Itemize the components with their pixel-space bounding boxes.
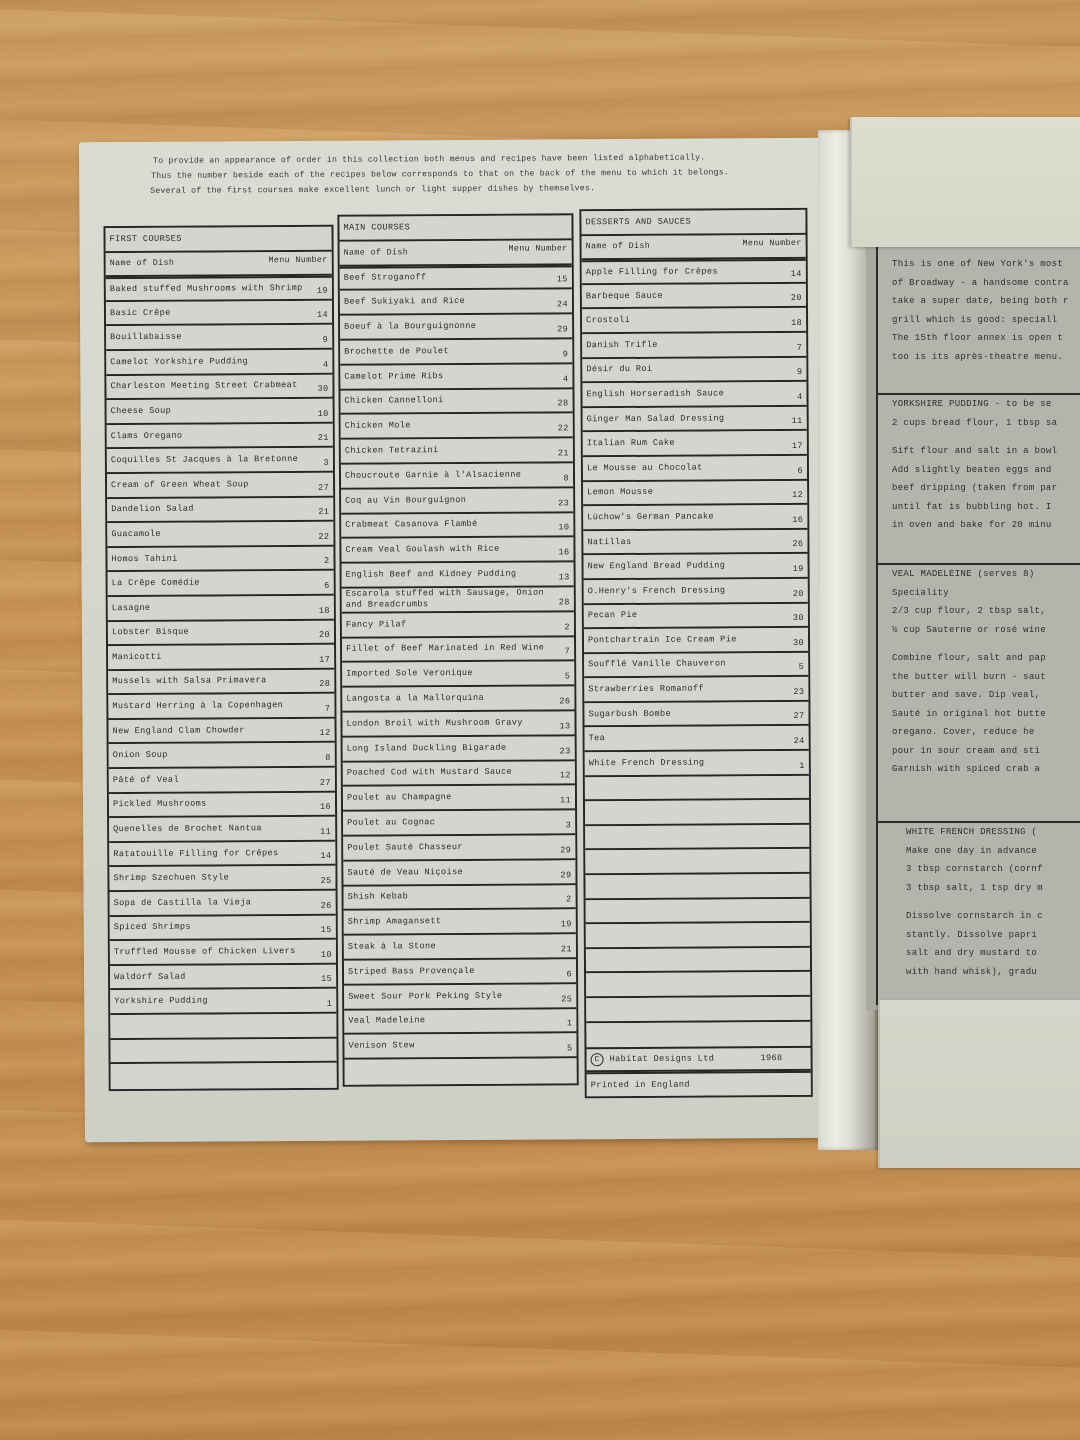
empty-row (586, 997, 810, 1023)
dish-name: Homos Tahini (111, 552, 307, 564)
recipe-line: 3 tbsp cornstarch (cornf (906, 860, 1080, 879)
dish-name: Choucroute Garnie à l'Alsacienne (345, 469, 547, 481)
dish-name (114, 1025, 310, 1026)
empty-row (585, 776, 809, 802)
dish-name: Mustard Herring à la Copenhagen (112, 700, 308, 712)
printed-row: Printed in England (587, 1071, 811, 1097)
dish-name: Natillas (587, 536, 781, 548)
dish-name: Crostoli (586, 314, 780, 326)
menu-number: 26 (548, 696, 570, 709)
dish-row: New England Clam Chowder12 (108, 719, 334, 745)
menu-number: 11 (549, 795, 571, 808)
menu-number: 19 (782, 564, 804, 577)
recipe-line: Combine flour, salt and pap (892, 649, 1080, 668)
menu-number (784, 943, 806, 946)
dish-name: Barbeque Sauce (586, 290, 780, 302)
dish-name: Yorkshire Pudding (114, 995, 310, 1007)
dish-row: Chicken Cannelloni28 (340, 389, 572, 415)
dish-row: Cream of Green Wheat Soup27 (107, 473, 333, 499)
dish-row: Boeuf à la Bourguignonne29 (340, 315, 572, 341)
dish-name: Tea (589, 732, 783, 744)
recipe-line: Add slightly beaten eggs and (892, 461, 1080, 480)
menu-number: 7 (548, 647, 570, 660)
menu-number: 20 (782, 588, 804, 601)
column-title: DESSERTS AND SAUCES (581, 210, 805, 236)
dish-name: Truffled Mousse of Chicken Livers (114, 946, 310, 958)
dish-name: Mussels with Salsa Primavera (112, 675, 308, 687)
menu-number: 26 (781, 539, 803, 552)
dish-name: Désir du Roi (586, 363, 780, 375)
dish-name (589, 812, 783, 813)
dish-row: Guacamole22 (107, 522, 333, 548)
dish-row: Onion Soup8 (109, 743, 335, 769)
dish-row: Crabmeat Casanova Flambé10 (341, 513, 573, 539)
menu-number: 21 (307, 433, 329, 446)
menu-number: 25 (309, 876, 331, 889)
dish-row: Spiced Shrimps15 (110, 915, 336, 941)
recipe-line: in oven and bake for 20 minu (892, 516, 1080, 535)
dish-row: Lobster Bisque20 (108, 620, 334, 646)
dish-name: New England Bread Pudding (588, 560, 782, 572)
menu-number: 24 (546, 300, 568, 313)
menu-number: 9 (306, 335, 328, 348)
menu-number: 29 (549, 845, 571, 858)
dish-name: Pecan Pie (588, 609, 782, 621)
menu-number: 27 (782, 711, 804, 724)
dish-row: O.Henry's French Dressing20 (584, 579, 808, 605)
menu-number: 18 (780, 318, 802, 331)
menu-number: 30 (782, 638, 804, 651)
menu-number: 23 (549, 746, 571, 759)
menu-number (784, 918, 806, 921)
dish-row: Langosta a la Mallorquina26 (342, 686, 574, 712)
dish-row: Sauté de Veau Niçoise29 (343, 860, 575, 886)
dish-row: Cheese Soup10 (107, 399, 333, 425)
empty-row (586, 899, 810, 925)
menu-number: 2 (548, 622, 570, 635)
dish-name: Onion Soup (113, 749, 309, 761)
dish-row: Chicken Tetrazini21 (341, 438, 573, 464)
recipe-line: Make one day in advance (906, 842, 1080, 861)
dish-name: Apple Filling for Crêpes (586, 266, 780, 278)
menu-number: 15 (310, 925, 332, 938)
dish-row: Shrimp Szechuen Style25 (109, 866, 335, 892)
dish-name: La Crêpe Comédie (112, 577, 308, 589)
dish-name: Long Island Duckling Bigarade (347, 742, 549, 754)
recipe-line (906, 897, 1080, 907)
dish-name: Baked stuffed Mushrooms with Shrimp (110, 283, 306, 295)
dish-name: Poulet Sauté Chasseur (347, 841, 549, 853)
dish-row: Homos Tahini2 (107, 547, 333, 573)
dish-row: Beef Sukiyaki and Rice24 (340, 290, 572, 316)
menu-number: 3 (307, 458, 329, 471)
dish-name: Camelot Yorkshire Pudding (110, 356, 306, 368)
menu-number: 6 (550, 969, 572, 982)
dish-name: Sopa de Castilla la Vieja (114, 897, 310, 909)
menu-number: 16 (547, 547, 569, 560)
dish-name: Sauté de Veau Niçoise (347, 866, 549, 878)
dish-name: Lemon Mousse (587, 486, 781, 498)
recipe-line: the butter will burn - saut (892, 668, 1080, 687)
dish-row: Baked stuffed Mushrooms with Shrimp19 (106, 276, 332, 302)
dish-row: Camelot Prime Ribs4 (340, 364, 572, 390)
dish-row: Imported Sole Veronique5 (342, 662, 574, 688)
dish-name: Clams Oregano (111, 429, 307, 441)
menu-number (784, 1043, 806, 1046)
dish-name: Pâté of Veal (113, 774, 309, 786)
dish-row: Crostoli18 (582, 308, 806, 334)
menu-number: 6 (308, 581, 330, 594)
dish-row: Shish Kebab2 (344, 885, 576, 911)
menu-number: 24 (783, 736, 805, 749)
dish-name: Chicken Mole (345, 420, 547, 432)
dish-name: Quenelles de Brochet Nantua (113, 823, 309, 835)
dish-name (590, 984, 784, 985)
menu-number: 10 (310, 950, 332, 963)
empty-row (111, 1063, 337, 1089)
dish-name: Shrimp Amagansett (348, 916, 550, 928)
dish-row: Clams Oregano21 (107, 424, 333, 450)
dish-row: Dandelion Salad21 (107, 497, 333, 523)
dish-name (590, 1008, 784, 1009)
dish-row: Le Mousse au Chocolat6 (583, 456, 807, 482)
menu-number: 12 (549, 771, 571, 784)
column-header: Name of DishMenu Number (340, 240, 572, 266)
dish-name: Dandelion Salad (111, 503, 307, 515)
menu-number: 8 (309, 753, 331, 766)
column-header: Name of DishMenu Number (106, 251, 332, 277)
recipe-line: WHITE FRENCH DRESSING ( (906, 823, 1080, 842)
menu-number: 13 (548, 572, 570, 585)
menu-number: 11 (781, 416, 803, 429)
menu-number: 2 (550, 895, 572, 908)
dish-row: Shrimp Amagansett19 (344, 910, 576, 936)
dish-row: Mustard Herring à la Copenhagen7 (108, 694, 334, 720)
menu-number: 14 (306, 310, 328, 323)
menu-number: 23 (782, 687, 804, 700)
dish-name: Chicken Cannelloni (345, 395, 547, 407)
menu-number: 16 (781, 515, 803, 528)
dish-row: Danish Trifle7 (582, 333, 806, 359)
menu-number: 27 (309, 777, 331, 790)
menu-number: 10 (547, 523, 569, 536)
folder-sleeve-top (850, 117, 1080, 247)
dish-row: Veal Madeleine1 (344, 1009, 576, 1035)
menu-number: 8 (547, 473, 569, 486)
dish-row: Soufflé Vanille Chauveron5 (584, 653, 808, 679)
recipe-line: butter and save. Dip veal, (892, 686, 1080, 705)
dish-name: Venison Stew (348, 1040, 550, 1052)
dish-row: Poulet au Cognac3 (343, 810, 575, 836)
dish-name: Shish Kebab (348, 891, 550, 903)
dish-name (115, 1075, 311, 1076)
dish-name: Italian Rum Cake (587, 437, 781, 449)
dish-name: Basic Crêpe (110, 307, 306, 319)
menu-number: 7 (308, 704, 330, 717)
menu-number: 28 (308, 679, 330, 692)
copyright-icon: C (591, 1053, 604, 1066)
menu-number: 4 (780, 392, 802, 405)
recipe-yorkshire-pudding: YORKSHIRE PUDDING - to be se2 cups bread… (878, 393, 1080, 535)
recipe-line: VEAL MADELEINE (serves 8) (892, 565, 1080, 584)
dish-name: Guacamole (111, 528, 307, 540)
dish-name: Ratatouille Filling for Crêpes (113, 848, 309, 860)
dish-name (115, 1050, 311, 1051)
dish-row: Sopa de Castilla la Vieja26 (110, 891, 336, 917)
dish-row: Coquilles St Jacques à la Bretonne3 (107, 448, 333, 474)
menu-number: 5 (548, 671, 570, 684)
copyright-row: CHabitat Designs Ltd 1968 (586, 1046, 810, 1072)
menu-number: 18 (308, 605, 330, 618)
recipe-line: too is its après-theatre menu. (892, 348, 1080, 367)
dish-row: Bouillabaisse9 (106, 325, 332, 351)
dish-name: Boeuf à la Bourguignonne (344, 321, 546, 333)
dish-name: Imported Sole Veronique (346, 668, 548, 680)
dish-row: New England Bread Pudding19 (583, 554, 807, 580)
menu-number: 9 (546, 349, 568, 362)
menu-number (311, 1085, 333, 1088)
recipe-line: of Broadway - a handsome contra (892, 274, 1080, 293)
empty-row (585, 874, 809, 900)
dish-name: Cream Veal Goulash with Rice (345, 544, 547, 556)
menu-number: 1 (783, 761, 805, 774)
menu-number: 1 (310, 999, 332, 1012)
dish-name: Pontchartrain Ice Cream Pie (588, 634, 782, 646)
dish-name: Camelot Prime Ribs (344, 370, 546, 382)
dish-row: Mussels with Salsa Primavera28 (108, 669, 334, 695)
column-title: FIRST COURSES (105, 227, 331, 253)
dish-row: Venison Stew5 (344, 1034, 576, 1060)
dish-row: English Horseradish Sauce4 (582, 382, 806, 408)
dish-row: Pâté of Veal27 (109, 768, 335, 794)
recipe-line: stantly. Dissolve papri (906, 926, 1080, 945)
menu-number: 12 (781, 490, 803, 503)
dish-row: Fillet of Beef Marinated in Red Wine7 (342, 637, 574, 663)
dish-row: Lüchow's German Pancake16 (583, 505, 807, 531)
menu-number: 29 (549, 870, 571, 883)
dish-row: Charleston Meeting Street Crabmeat30 (106, 374, 332, 400)
dish-name: Sweet Sour Pork Peking Style (348, 990, 550, 1002)
menu-number: 23 (547, 498, 569, 511)
recipe-line: ½ cup Sauterne or rosé wine (892, 621, 1080, 640)
dish-name (590, 1034, 784, 1035)
dish-name: Brochette de Poulet (344, 345, 546, 357)
dish-row: Coq au Vin Bourguignon23 (341, 488, 573, 514)
recipe-veal-madeleine: VEAL MADELEINE (serves 8)Speciality2/3 c… (878, 563, 1080, 779)
dish-name: Poached Cod with Mustard Sauce (347, 767, 549, 779)
dish-name (590, 885, 784, 886)
dish-name: Crabmeat Casanova Flambé (345, 519, 547, 531)
dish-row: Désir du Roi9 (582, 357, 806, 383)
restaurant-intro: This is one of New York's mostof Broadwa… (878, 255, 1080, 366)
empty-row (586, 948, 810, 974)
menu-number: 7 (780, 342, 802, 355)
menu-number (784, 1016, 806, 1019)
dish-row: Camelot Yorkshire Pudding4 (106, 350, 332, 376)
dish-row: Natillas26 (583, 530, 807, 556)
dish-name: O.Henry's French Dressing (588, 585, 782, 597)
dish-name: Fillet of Beef Marinated in Red Wine (346, 643, 548, 655)
dish-row: Escarola stuffed with Sausage, Onion and… (342, 587, 574, 613)
recipe-line: 2/3 cup flour, 2 tbsp salt, (892, 602, 1080, 621)
dish-name (589, 836, 783, 837)
dish-name: Danish Trifle (586, 339, 780, 351)
menu-number: 12 (309, 728, 331, 741)
dish-name: Shrimp Szechuen Style (113, 872, 309, 884)
dish-name: Striped Bass Provençale (348, 965, 550, 977)
dish-name: Beef Sukiyaki and Rice (344, 296, 546, 308)
empty-row (585, 800, 809, 826)
dish-name: Lobster Bisque (112, 626, 308, 638)
menu-number: 22 (307, 532, 329, 545)
menu-number (551, 1080, 573, 1083)
dish-row: Truffled Mousse of Chicken Livers10 (110, 940, 336, 966)
dish-row: Italian Rum Cake17 (583, 431, 807, 457)
menu-number: 3 (549, 820, 571, 833)
dish-row: Sweet Sour Pork Peking Style25 (344, 984, 576, 1010)
menu-number: 20 (308, 630, 330, 643)
dish-row: Pontchartrain Ice Cream Pie30 (584, 628, 808, 654)
recipe-line: Speciality (892, 584, 1080, 603)
menu-number: 14 (780, 269, 802, 282)
first-courses-column: FIRST COURSES Name of DishMenu Number Ba… (103, 225, 338, 1091)
dish-row: Ginger Man Salad Dressing11 (583, 407, 807, 433)
publisher: Habitat Designs Ltd (610, 1053, 715, 1064)
recipe-card: This is one of New York's mostof Broadwa… (876, 245, 1080, 1005)
dish-row: Strawberries Romanoff23 (584, 677, 808, 703)
menu-number: 6 (781, 465, 803, 478)
empty-row (585, 849, 809, 875)
dish-row: Striped Bass Provençale6 (344, 959, 576, 985)
recipe-line (892, 639, 1080, 649)
menu-number: 22 (547, 424, 569, 437)
dish-name: Lasagne (112, 602, 308, 614)
menu-number: 29 (546, 324, 568, 337)
recipe-line: Dissolve cornstarch in c (906, 907, 1080, 926)
dish-name: Ginger Man Salad Dressing (587, 413, 781, 425)
dish-name: Poulet au Cognac (347, 816, 549, 828)
recipe-line: oregano. Cover, reduce he (892, 723, 1080, 742)
dish-name: Waldorf Salad (114, 971, 310, 983)
dish-row: English Beef and Kidney Pudding13 (342, 562, 574, 588)
dish-row: Ratatouille Filling for Crêpes14 (109, 842, 335, 868)
dish-name: Escarola stuffed with Sausage, Onion and… (346, 588, 548, 611)
menu-number: 21 (307, 507, 329, 520)
recipe-line: with hand whisk), gradu (906, 963, 1080, 982)
dish-name: Charleston Meeting Street Crabmeat (110, 380, 306, 392)
dish-name: Coquilles St Jacques à la Bretonne (111, 454, 307, 466)
menu-number: 4 (546, 374, 568, 387)
desserts-sauces-column: DESSERTS AND SAUCES Name of DishMenu Num… (579, 208, 812, 1099)
dish-row: Sugarbush Bombe27 (584, 702, 808, 728)
menu-number: 14 (309, 851, 331, 864)
menu-number: 17 (781, 441, 803, 454)
menu-number: 15 (310, 974, 332, 987)
dish-row: Lasagne18 (108, 596, 334, 622)
dish-name (590, 959, 784, 960)
menu-number: 15 (546, 275, 568, 288)
recipe-line: beef dripping (taken from par (892, 479, 1080, 498)
dish-row: Quenelles de Brochet Nantua11 (109, 817, 335, 843)
dish-row: Poulet Sauté Chasseur29 (343, 835, 575, 861)
dish-name (589, 861, 783, 862)
main-courses-column: MAIN COURSES Name of DishMenu Number Bee… (337, 213, 578, 1086)
empty-row (345, 1058, 577, 1084)
dish-name: Cream of Green Wheat Soup (111, 479, 307, 491)
dish-row: Poulet au Champagne11 (343, 786, 575, 812)
dish-row: Cream Veal Goulash with Rice16 (341, 538, 573, 564)
menu-number: 30 (782, 613, 804, 626)
dish-row: Apple Filling for Crêpes14 (582, 259, 806, 285)
menu-number (310, 1033, 332, 1036)
menu-number: 21 (547, 448, 569, 461)
dish-row: Fancy Pilaf2 (342, 612, 574, 638)
recipe-white-french-dressing: WHITE FRENCH DRESSING (Make one day in a… (878, 821, 1080, 981)
dish-name: Spiced Shrimps (114, 921, 310, 933)
dish-row: White French Dressing1 (585, 751, 809, 777)
menu-number: 26 (310, 900, 332, 913)
menu-number: 27 (307, 482, 329, 495)
dish-row: Chicken Mole22 (341, 414, 573, 440)
menu-number: 25 (550, 994, 572, 1007)
dish-name: English Beef and Kidney Pudding (346, 569, 548, 581)
empty-row (110, 1038, 336, 1064)
dish-row: Brochette de Poulet9 (340, 339, 572, 365)
menu-number: 9 (780, 367, 802, 380)
menu-number: 4 (306, 359, 328, 372)
dish-name: Steak à la Stone (348, 940, 550, 952)
dish-row: Long Island Duckling Bigarade23 (343, 736, 575, 762)
dish-name: Manicotti (112, 651, 308, 663)
recipe-line: Garnish with spiced crab a (892, 760, 1080, 779)
empty-row (110, 1014, 336, 1040)
menu-number: 5 (782, 662, 804, 675)
menu-number: 19 (306, 286, 328, 299)
recipe-line: YORKSHIRE PUDDING - to be se (892, 395, 1080, 414)
dish-name: Beef Stroganoff (344, 272, 546, 284)
recipe-line: salt and dry mustard to (906, 944, 1080, 963)
dish-row: Waldorf Salad15 (110, 965, 336, 991)
dish-row: London Broil with Mushroom Gravy13 (342, 711, 574, 737)
dish-row: La Crêpe Comédie6 (108, 571, 334, 597)
menu-number (311, 1058, 333, 1061)
column-header: Name of DishMenu Number (582, 234, 806, 260)
dish-row: Basic Crêpe14 (106, 301, 332, 327)
menu-number (784, 967, 806, 970)
empty-row (586, 972, 810, 998)
dish-name: English Horseradish Sauce (586, 388, 780, 400)
empty-row (586, 1021, 810, 1047)
menu-number: 5 (550, 1043, 572, 1056)
dish-name: Bouillabaisse (110, 331, 306, 343)
dish-name (590, 910, 784, 911)
dish-row: Pickled Mushrooms16 (109, 792, 335, 818)
dish-name: Fancy Pilaf (346, 618, 548, 630)
dish-name: London Broil with Mushroom Gravy (346, 717, 548, 729)
dish-row: Pecan Pie30 (584, 603, 808, 629)
dish-row: Choucroute Garnie à l'Alsacienne8 (341, 463, 573, 489)
dish-row: Poached Cod with Mustard Sauce12 (343, 761, 575, 787)
dish-name: Lüchow's German Pancake (587, 511, 781, 523)
menu-number: 13 (548, 721, 570, 734)
copyright-year: 1968 (761, 1054, 783, 1064)
intro-line-3: Several of the first courses make excell… (150, 180, 813, 199)
dish-name (590, 935, 784, 936)
empty-row (585, 825, 809, 851)
recipe-line: Sift flour and salt in a bowl (892, 442, 1080, 461)
recipe-line: The 15th floor annex is open t (892, 329, 1080, 348)
dish-name: White French Dressing (589, 757, 783, 769)
